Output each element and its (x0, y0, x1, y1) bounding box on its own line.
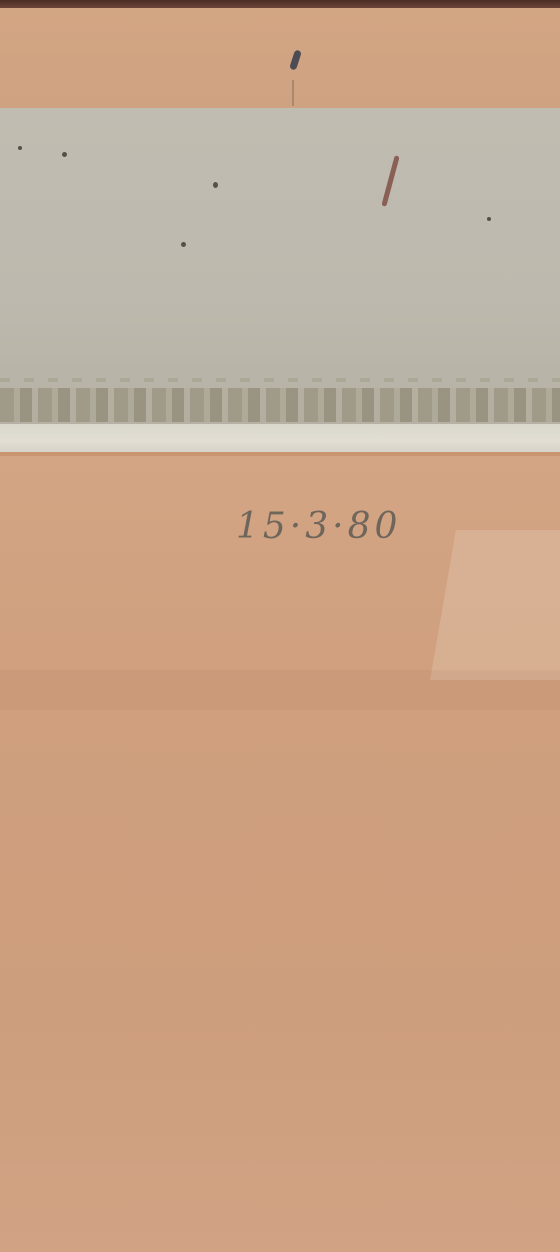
speck (18, 146, 22, 150)
gray-mat-strip (0, 108, 560, 424)
nail-trail (292, 80, 294, 106)
shade-band (0, 670, 560, 710)
speck (487, 217, 491, 221)
faint-print-line (0, 378, 560, 382)
printed-text-band (0, 388, 560, 422)
white-paper-edge (0, 424, 560, 452)
speck (181, 242, 186, 247)
speck (213, 182, 218, 188)
handwritten-date: 15·3·80 (236, 506, 401, 547)
speck (62, 152, 67, 157)
frame-edge (0, 0, 560, 8)
top-cardboard-backing (0, 8, 560, 108)
